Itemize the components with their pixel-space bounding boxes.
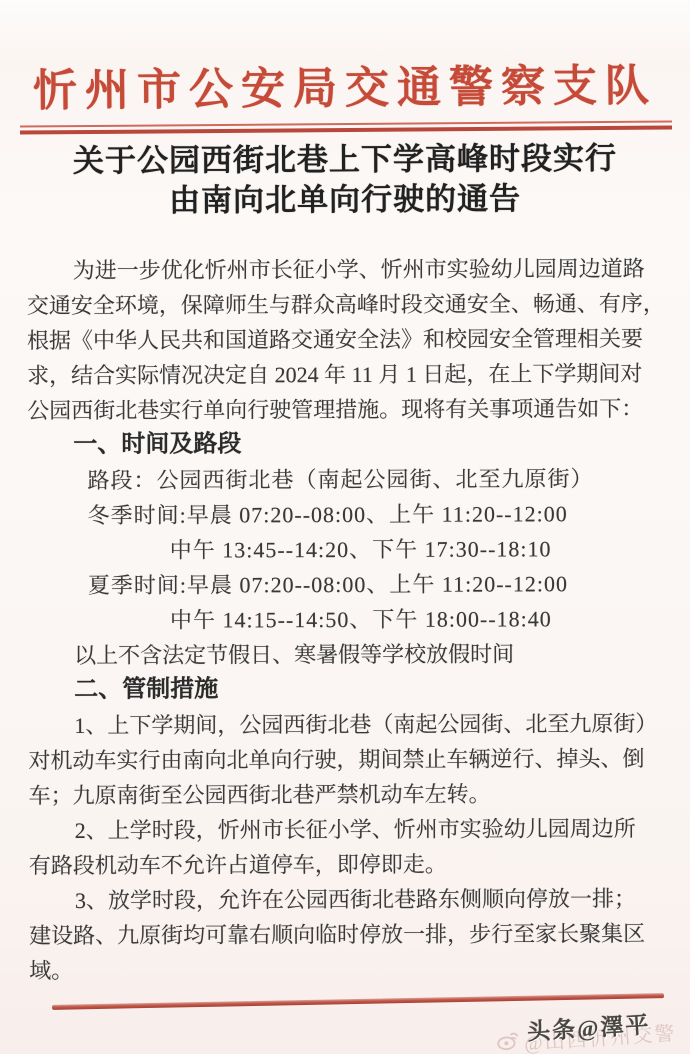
agency-masthead: 忻州市公安局交通警察支队: [0, 49, 690, 119]
notice-title-line2: 由南向北单向行驶的通告: [169, 181, 521, 218]
body-line: 根据《中华人民共和国道路交通安全法》和校园安全管理相关要: [27, 321, 665, 358]
body-line: 冬季时间:早晨 07:20--08:00、上午 11:20--12:00: [28, 496, 666, 533]
body-line: 二、管制措施: [28, 671, 666, 708]
body-line: 以上不含法定节假日、寒暑假等学校放假时间: [28, 636, 666, 673]
notice-title-line1: 关于公园西街北巷上下学高峰时段实行: [73, 141, 617, 179]
notice-document: 忻州市公安局交通警察支队 关于公园西街北巷上下学高峰时段实行 由南向北单向行驶的…: [0, 0, 690, 1054]
header-divider-thick-line: [20, 125, 672, 134]
weibo-logo-icon: [495, 1029, 521, 1054]
header-divider: [20, 120, 672, 134]
body-line: 域。: [29, 951, 667, 988]
body-line: 交通安全环境，保障师生与群众高峰时段交通安全、畅通、有序，: [27, 286, 665, 323]
body-line: 为进一步优化忻州市长征小学、忻州市实验幼儿园周边道路: [27, 251, 665, 288]
body-line: 3、放学时段，允许在公园西街北巷路东侧顺向停放一排；: [29, 881, 667, 918]
body-line: 对机动车实行由南向北单向行驶，期间禁止车辆逆行、掉头、倒: [28, 741, 666, 778]
body-line: 中午 13:45--14:20、下午 17:30--18:10: [28, 531, 666, 568]
body-line: 车；九原南街至公园西街北巷严禁机动车左转。: [29, 776, 667, 813]
body-line: 中午 14:15--14:50、下午 18:00--18:40: [28, 601, 666, 638]
body-line: 公园西街北巷实行单向行驶管理措施。现将有关事项通告如下：: [27, 391, 665, 428]
body-line: 夏季时间:早晨 07:20--08:00、上午 11:20--12:00: [28, 566, 666, 603]
body-line: 有路段机动车不允许占道停车，即停即走。: [29, 846, 667, 883]
body-line: 求，结合实际情况决定自 2024 年 11 月 1 日起，在上下学期间对: [27, 356, 665, 393]
notice-body: 为进一步优化忻州市长征小学、忻州市实验幼儿园周边道路交通安全环境，保障师生与群众…: [27, 251, 668, 988]
body-line: 1、上下学期间，公园西街北巷（南起公园街、北至九原街）: [28, 706, 666, 743]
body-line: 路段：公园西街北巷（南起公园街、北至九原街）: [27, 461, 665, 498]
watermark: @山西忻州交警 头条@澤平: [446, 1008, 676, 1052]
body-line: 建设路、九原街均可靠右顺向临时停放一排，步行至家长聚集区: [29, 916, 667, 953]
body-line: 一、时间及路段: [27, 426, 665, 463]
body-line: 2、上学时段，忻州市长征小学、忻州市实验幼儿园周边所: [29, 811, 667, 848]
notice-title: 关于公园西街北巷上下学高峰时段实行 由南向北单向行驶的通告: [0, 138, 690, 222]
